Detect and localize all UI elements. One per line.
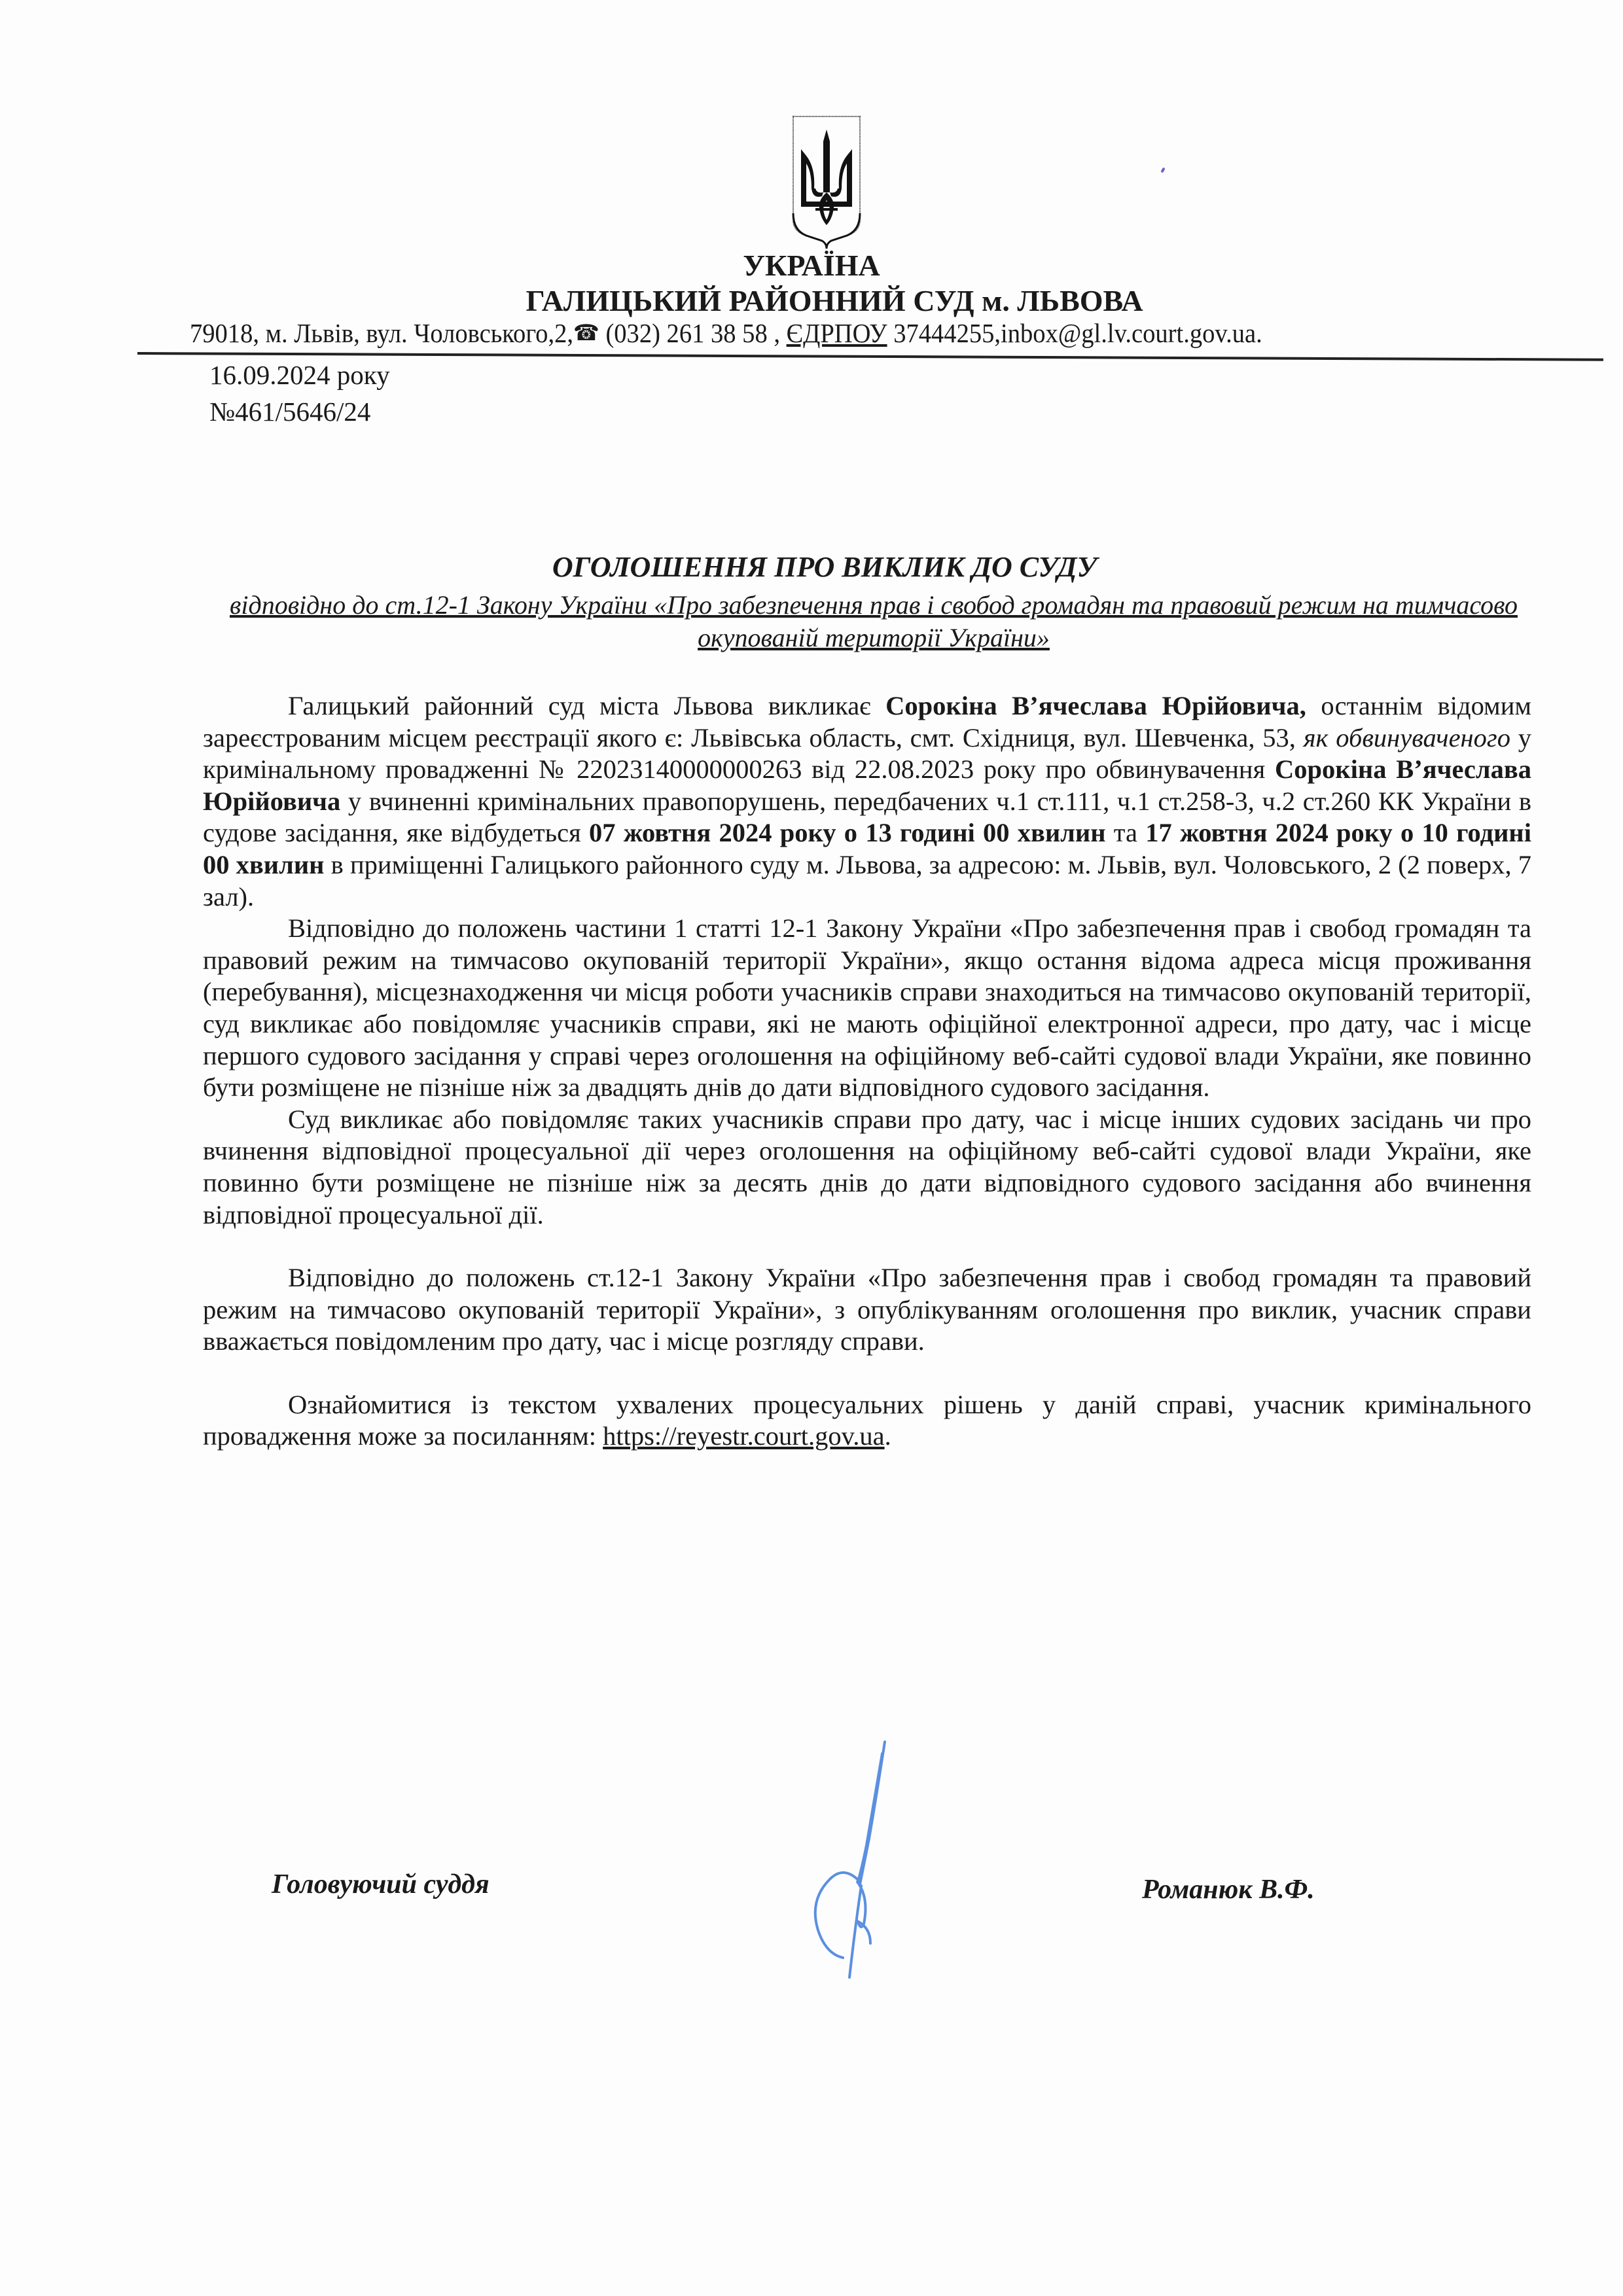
court-name-heading: ГАЛИЦЬКИЙ РАЙОННИЙ СУД м. ЛЬВОВА xyxy=(0,283,1623,319)
court-registry-link[interactable]: https://reyestr.court.gov.ua xyxy=(603,1421,884,1451)
notice-body: Галицький районний суд міста Львова викл… xyxy=(203,690,1531,1453)
ink-speck xyxy=(1160,168,1165,173)
signatory-name: Романюк В.Ф. xyxy=(1142,1873,1315,1906)
defendant-status: як обвинуваченого xyxy=(1304,723,1510,752)
paragraph-other-hearings: Суд викликає або повідомляє таких учасни… xyxy=(203,1104,1531,1231)
document-page: УКРАЇНА ГАЛИЦЬКИЙ РАЙОННИЙ СУД м. ЛЬВОВА… xyxy=(0,0,1623,2296)
paragraph-notification-effect: Відповідно до положень ст.12-1 Закону Ук… xyxy=(203,1262,1531,1358)
signatory-role: Головуючий суддя xyxy=(272,1868,490,1901)
paragraph-legal-basis: Відповідно до положень частини 1 статті … xyxy=(203,913,1531,1104)
hearing-date-1: 07 жовтня 2024 року о 13 годині 00 хвили… xyxy=(589,818,1106,847)
court-address: 79018, м. Львів, вул. Чоловського,2, xyxy=(190,318,573,348)
edrpou-value: 37444255, xyxy=(887,318,1001,348)
trident-coat-of-arms-icon xyxy=(792,115,861,250)
defendant-name: Сорокіна В’ячеслава Юрійовича, xyxy=(885,691,1306,720)
edrpou-label: ЄДРПОУ xyxy=(787,318,887,348)
paragraph-summons: Галицький районний суд міста Львова викл… xyxy=(203,690,1531,913)
court-phone: (032) 261 38 58 , xyxy=(599,318,787,348)
court-email: inbox@gl.lv.court.gov.ua. xyxy=(1001,318,1262,348)
notice-subtitle: відповідно до ст.12-1 Закону України «Пр… xyxy=(216,589,1531,654)
phone-icon: ☎ xyxy=(573,317,599,350)
paragraph-registry-link: Ознайомитися із текстом ухвалених процес… xyxy=(203,1389,1531,1453)
document-date: 16.09.2024 року xyxy=(209,359,390,391)
handwritten-signature xyxy=(766,1734,897,1983)
court-contact-line: 79018, м. Львів, вул. Чоловського,2,☎ (0… xyxy=(190,317,1518,350)
country-heading: УКРАЇНА xyxy=(0,247,1623,284)
notice-title: ОГОЛОШЕННЯ ПРО ВИКЛИК ДО СУДУ xyxy=(0,550,1623,585)
case-number: №461/5646/24 xyxy=(209,395,370,428)
